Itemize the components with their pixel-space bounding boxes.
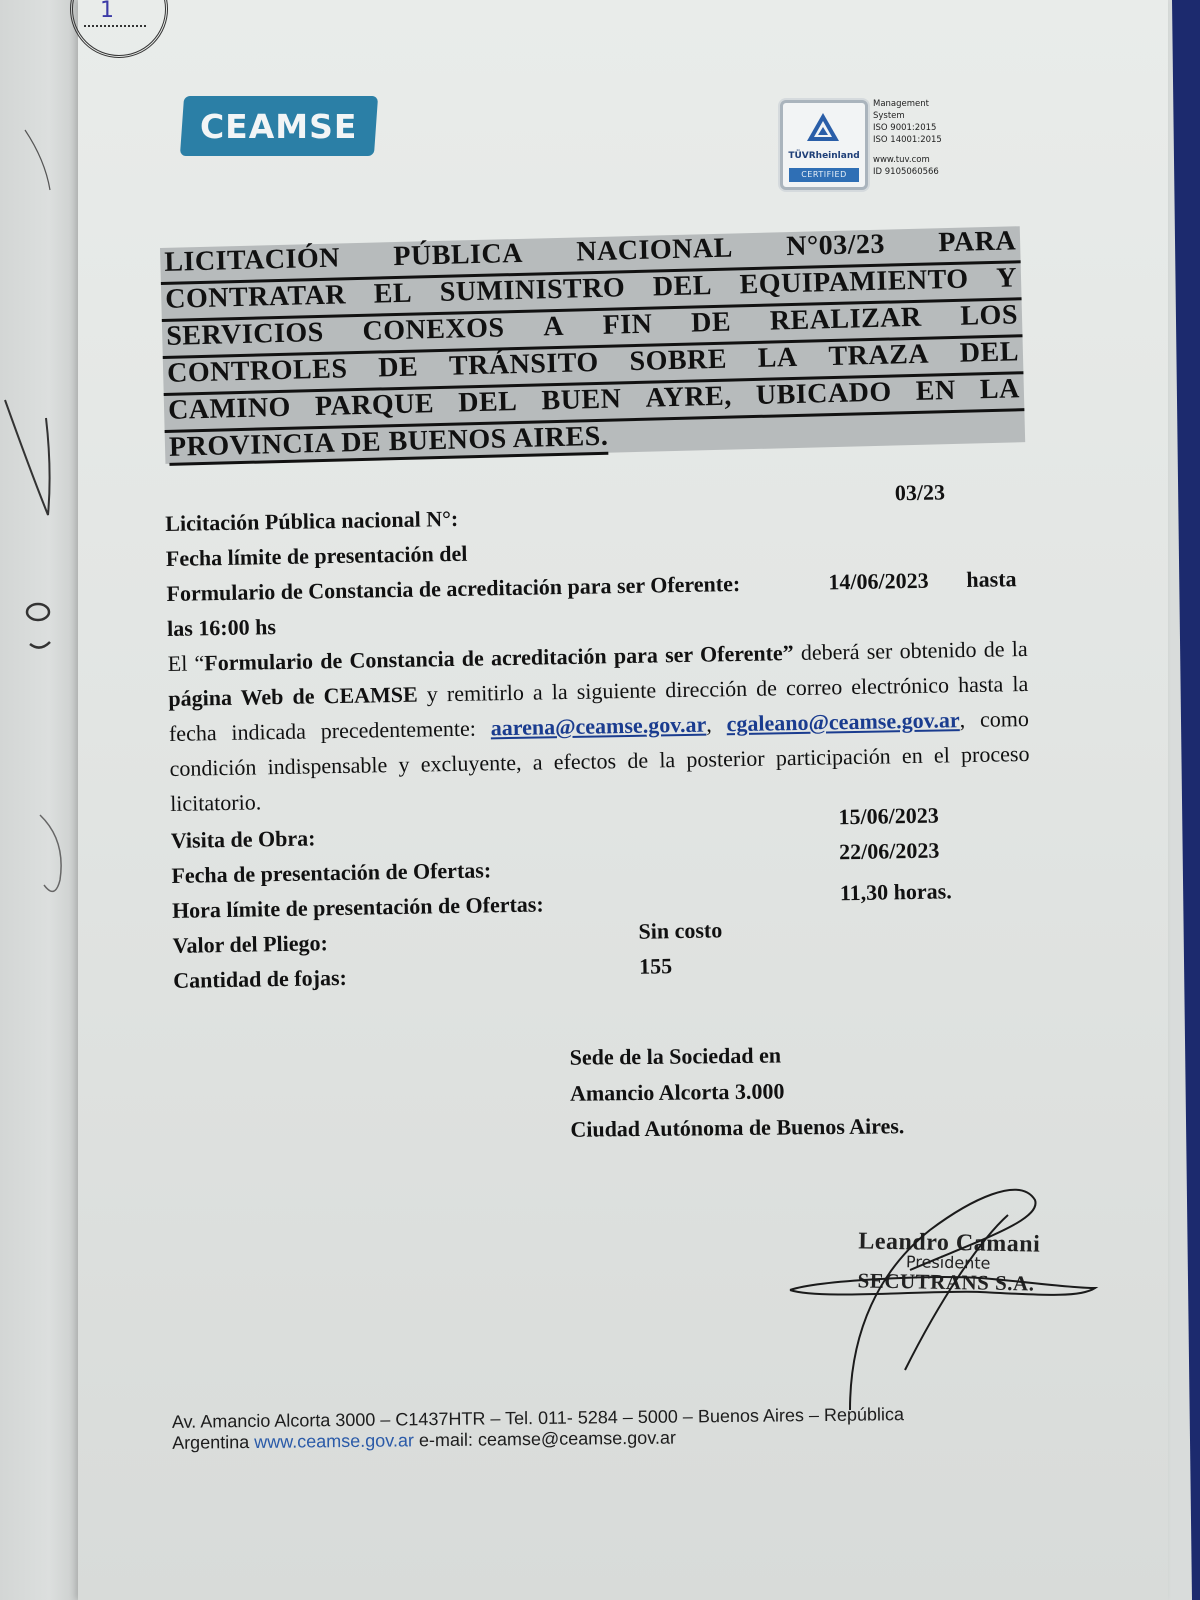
folio-number: 1: [100, 0, 114, 23]
document-footer: Av. Amancio Alcorta 3000 – C1437HTR – Te…: [172, 1404, 905, 1454]
para-text: deberá ser obtenido de la: [793, 636, 1027, 665]
title-word: DEL: [458, 387, 518, 422]
title-word: LOS: [960, 300, 1018, 335]
fojas-value: 155: [639, 948, 673, 984]
fecha-limite-value: 14/06/2023: [828, 563, 929, 600]
title-word: SUMINISTRO: [439, 273, 625, 312]
footer-email[interactable]: ceamse@ceamse.gov.ar: [478, 1428, 676, 1450]
title-word: TRÁNSITO: [449, 348, 600, 386]
title-word: N°03/23: [786, 230, 886, 266]
title-word: DEL: [653, 271, 713, 306]
cert-web: www.tuv.com: [873, 154, 942, 166]
para-web-ref: página Web de CEAMSE: [168, 682, 418, 711]
licitacion-value: 03/23: [895, 474, 946, 510]
title-word: A: [543, 312, 565, 347]
title-word: DE: [378, 353, 419, 388]
title-word: CONTRATAR: [165, 280, 347, 319]
valor-value: Sin costo: [638, 912, 722, 948]
tuv-brand: TÜVRheinland: [783, 151, 865, 161]
valor-label: Valor del Pliego:: [172, 930, 328, 958]
para-text: ,: [706, 711, 727, 736]
title-word: DEL: [959, 337, 1019, 372]
company-address: Sede de la Sociedad en Amancio Alcorta 3…: [569, 1036, 904, 1147]
title-word: AYRE,: [645, 382, 732, 418]
cert-line: ISO 14001:2015: [873, 134, 942, 146]
cert-id: ID 9105060566: [873, 166, 942, 178]
title-word: REALIZAR: [770, 303, 923, 341]
tuv-triangle-icon: [805, 111, 841, 145]
visita-value: 15/06/2023: [838, 798, 939, 835]
margin-handwriting-marks: [0, 0, 90, 1600]
fecha-limite-hasta: hasta: [966, 561, 1017, 597]
hora-ofertas-label: Hora límite de presentación de Ofertas:: [172, 891, 544, 922]
licitacion-label: Licitación Pública nacional N°:: [165, 506, 458, 536]
tender-details: Licitación Pública nacional N°: 03/23 Fe…: [165, 491, 1033, 998]
tuv-certified-label: CERTIFIED: [789, 168, 859, 182]
title-word: Y: [996, 263, 1018, 298]
fecha-ofertas-value: 22/06/2023: [839, 833, 940, 870]
title-word: EL: [373, 279, 412, 314]
folio-stamp-dotted-line: [84, 25, 146, 27]
title-word: LICITACIÓN: [164, 243, 340, 281]
title-word: SERVICIOS: [166, 318, 324, 356]
hora-ofertas-value: 11,30 horas.: [840, 873, 952, 910]
title-word: TRAZA: [828, 340, 929, 377]
footer-country: Argentina: [172, 1432, 254, 1453]
title-word: FIN: [602, 310, 653, 345]
tuv-certification-badge: TÜVRheinland CERTIFIED: [780, 100, 868, 190]
cert-line: System: [873, 110, 942, 122]
title-word: LA: [757, 343, 798, 378]
para-text: El “: [168, 650, 205, 676]
certification-text: Management System ISO 9001:2015 ISO 1400…: [873, 98, 942, 178]
title-word: PARQUE: [315, 389, 435, 426]
cert-line: ISO 9001:2015: [873, 122, 942, 134]
ceamse-logo: CEAMSE: [180, 96, 378, 156]
cert-line: Management: [873, 98, 942, 110]
fojas-label: Cantidad de fojas:: [173, 965, 347, 993]
sede-line: Sede de la Sociedad en: [569, 1036, 903, 1075]
fecha-ofertas-label: Fecha de presentación de Ofertas:: [171, 857, 491, 888]
logo-text: CEAMSE: [200, 107, 357, 146]
title-word: CONEXOS: [362, 313, 505, 351]
visita-label: Visita de Obra:: [171, 825, 316, 853]
footer-email-label: e-mail:: [414, 1430, 478, 1451]
title-word: EQUIPAMIENTO: [739, 265, 969, 305]
title-word: EN: [915, 376, 956, 411]
title-word: SOBRE: [629, 345, 727, 381]
title-word: DE: [691, 308, 732, 343]
title-word: NACIONAL: [576, 234, 733, 272]
email-link-cgaleano[interactable]: cgaleano@ceamse.gov.ar: [726, 707, 959, 736]
title-word: BUEN: [541, 384, 622, 420]
sede-line: Ciudad Autónoma de Buenos Aires.: [570, 1108, 904, 1147]
document-title: LICITACIÓNPÚBLICANACIONALN°03/23PARACONT…: [160, 226, 1025, 464]
fecha-limite-label-2: Formulario de Constancia de acreditación…: [166, 571, 740, 606]
para-form-name: Formulario de Constancia de acreditación…: [204, 640, 794, 675]
title-word: CONTROLES: [167, 354, 348, 393]
title-word: LA: [980, 374, 1021, 409]
title-word: UBICADO: [756, 378, 893, 415]
footer-website-link[interactable]: www.ceamse.gov.ar: [254, 1430, 414, 1452]
sede-line: Amancio Alcorta 3.000: [570, 1072, 904, 1111]
title-word: PÚBLICA: [393, 239, 523, 276]
instructions-paragraph: El “Formulario de Constancia de acredita…: [167, 631, 1030, 821]
title-word: PARA: [938, 226, 1017, 262]
handwritten-signature: [780, 1160, 1100, 1420]
email-link-aarena[interactable]: aarena@ceamse.gov.ar: [490, 712, 706, 741]
title-word: CAMINO: [168, 393, 292, 430]
